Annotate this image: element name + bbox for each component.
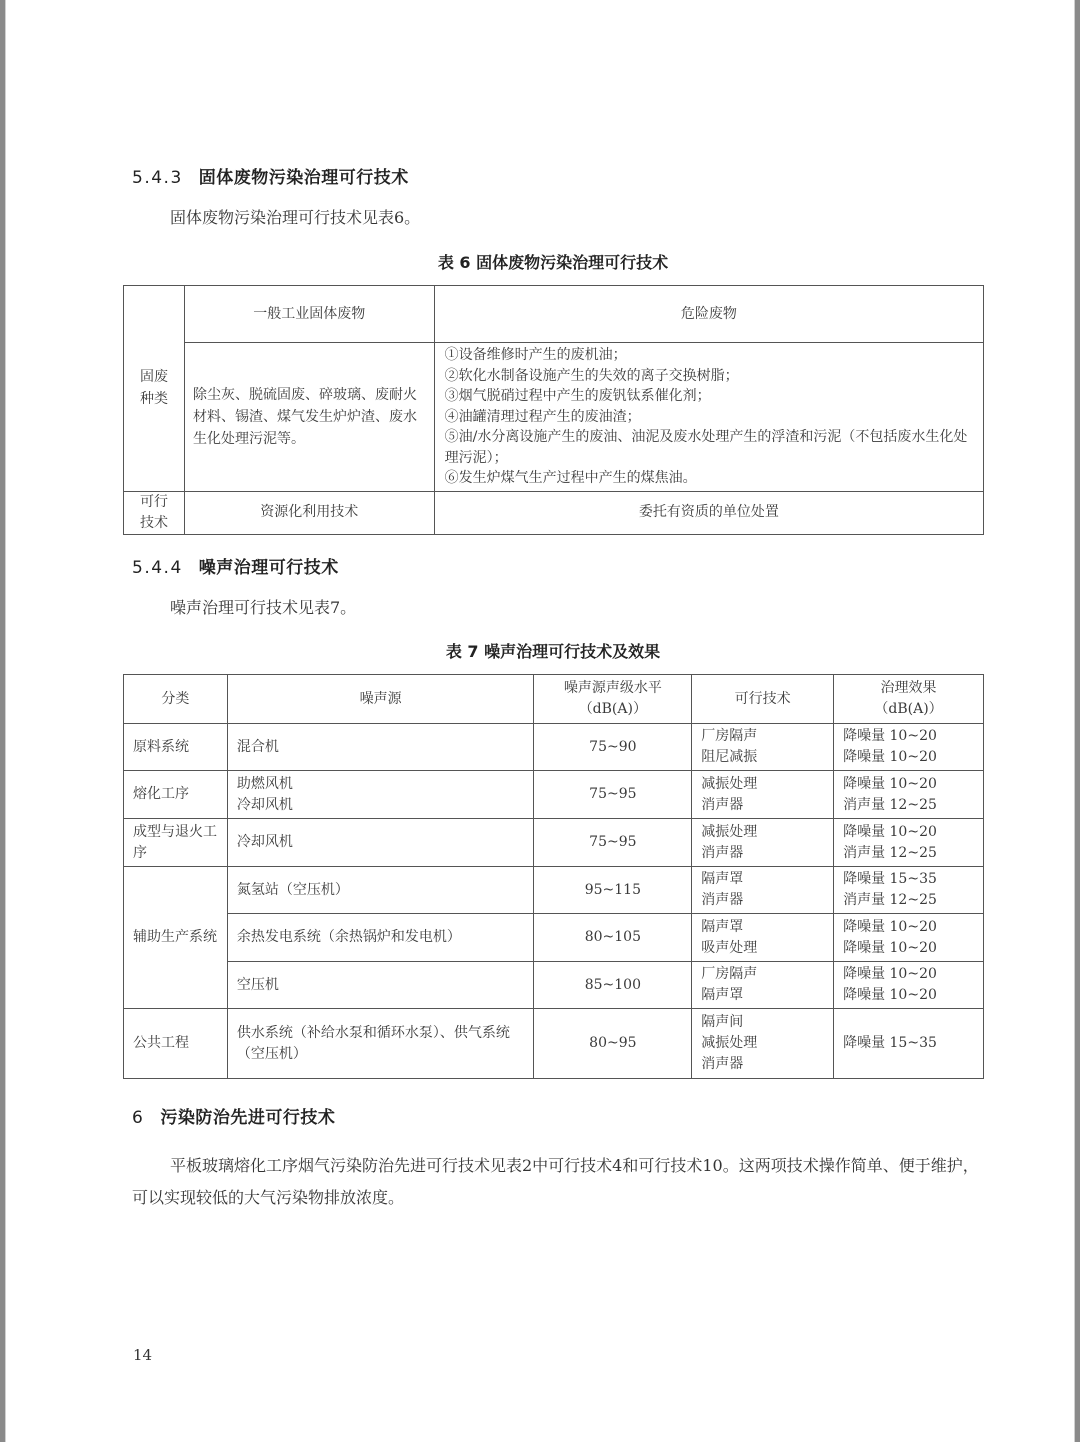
hazardous-item: ②软化水制备设施产生的失效的离子交换树脂； bbox=[445, 366, 973, 387]
general-waste-types: 除尘灰、脱硫固废、碎玻璃、废耐火材料、锡渣、煤气发生炉炉渣、废水生化处理污泥等。 bbox=[184, 343, 434, 492]
hazardous-waste-tech: 委托有资质的单位处置 bbox=[434, 491, 983, 534]
cell-tech: 隔声间 减振处理 消声器 bbox=[692, 1009, 834, 1079]
cell-source: 混合机 bbox=[227, 724, 534, 771]
cell-tech: 隔声罩 吸声处理 bbox=[692, 914, 834, 962]
hazardous-item: ③烟气脱硝过程中产生的废钒钛系催化剂； bbox=[445, 386, 973, 407]
general-waste-tech: 资源化利用技术 bbox=[184, 491, 434, 534]
hazardous-waste-types: ①设备维修时产生的废机油； ②软化水制备设施产生的失效的离子交换树脂； ③烟气脱… bbox=[434, 343, 983, 492]
cell-level: 75~95 bbox=[534, 819, 692, 867]
cell-level: 75~90 bbox=[534, 724, 692, 771]
table-6-solid-waste: 固废种类 一般工业固体废物 危险废物 除尘灰、脱硫固废、碎玻璃、废耐火材料、锡渣… bbox=[123, 285, 984, 535]
table-row: 辅助生产系统 氮氢站（空压机） 95~115 隔声罩 消声器 降噪量 15~35… bbox=[124, 867, 984, 914]
section-title: 污染防治先进可行技术 bbox=[160, 1108, 335, 1128]
section-body-6: 平板玻璃熔化工序烟气污染防治先进可行技术见表2中可行技术4和可行技术10。这两项… bbox=[132, 1150, 982, 1214]
cell-level: 75~95 bbox=[534, 771, 692, 819]
cell-source: 供水系统（补给水泵和循环水泵）、供气系统（空压机） bbox=[227, 1009, 534, 1079]
cell-effect: 降噪量 15~35 bbox=[834, 1009, 984, 1079]
cell-category: 原料系统 bbox=[124, 724, 228, 771]
section-title: 固体废物污染治理可行技术 bbox=[199, 168, 409, 188]
table7-caption: 表 7 噪声治理可行技术及效果 bbox=[0, 639, 1080, 662]
header-feasible-tech: 可行技术 bbox=[692, 675, 834, 724]
cell-effect: 降噪量 15~35 消声量 12~25 bbox=[834, 867, 984, 914]
table6-caption: 表 6 固体废物污染治理可行技术 bbox=[0, 250, 1080, 273]
header-effect: 治理效果 （dB(A)） bbox=[834, 675, 984, 724]
table-row: 成型与退火工序 冷却风机 75~95 减振处理 消声器 降噪量 10~20 消声… bbox=[124, 819, 984, 867]
header-general-waste: 一般工业固体废物 bbox=[184, 286, 434, 343]
cell-tech: 厂房隔声 阻尼减振 bbox=[692, 724, 834, 771]
row-label-feasible-tech: 可行技术 bbox=[124, 491, 185, 534]
table-7-noise: 分类 噪声源 噪声源声级水平 （dB(A)） 可行技术 治理效果 （dB(A)）… bbox=[123, 674, 984, 1079]
cell-tech: 隔声罩 消声器 bbox=[692, 867, 834, 914]
cell-effect: 降噪量 10~20 降噪量 10~20 bbox=[834, 914, 984, 962]
hazardous-item: ⑥发生炉煤气生产过程中产生的煤焦油。 bbox=[445, 468, 973, 489]
cell-category: 辅助生产系统 bbox=[124, 867, 228, 1009]
header-noise-source: 噪声源 bbox=[227, 675, 534, 724]
section-title: 噪声治理可行技术 bbox=[199, 558, 339, 578]
header-noise-level: 噪声源声级水平 （dB(A)） bbox=[534, 675, 692, 724]
row-label-waste-type: 固废种类 bbox=[124, 286, 185, 492]
cell-level: 95~115 bbox=[534, 867, 692, 914]
cell-source: 余热发电系统（余热锅炉和发电机） bbox=[227, 914, 534, 962]
cell-source: 助燃风机 冷却风机 bbox=[227, 771, 534, 819]
cell-tech: 厂房隔声 隔声罩 bbox=[692, 962, 834, 1009]
cell-source: 冷却风机 bbox=[227, 819, 534, 867]
cell-effect: 降噪量 10~20 降噪量 10~20 bbox=[834, 724, 984, 771]
cell-tech: 减振处理 消声器 bbox=[692, 771, 834, 819]
section-heading-6: 6污染防治先进可行技术 bbox=[132, 1103, 335, 1128]
header-category: 分类 bbox=[124, 675, 228, 724]
cell-tech: 减振处理 消声器 bbox=[692, 819, 834, 867]
cell-category: 熔化工序 bbox=[124, 771, 228, 819]
section-number: 5.4.3 bbox=[132, 168, 183, 188]
page-number: 14 bbox=[133, 1346, 152, 1364]
table-row: 可行技术 资源化利用技术 委托有资质的单位处置 bbox=[124, 491, 984, 534]
cell-level: 80~95 bbox=[534, 1009, 692, 1079]
cell-source: 氮氢站（空压机） bbox=[227, 867, 534, 914]
table-row: 余热发电系统（余热锅炉和发电机） 80~105 隔声罩 吸声处理 降噪量 10~… bbox=[124, 914, 984, 962]
section-number: 6 bbox=[132, 1108, 144, 1128]
cell-effect: 降噪量 10~20 消声量 12~25 bbox=[834, 771, 984, 819]
cell-effect: 降噪量 10~20 降噪量 10~20 bbox=[834, 962, 984, 1009]
section-intro-5-4-4: 噪声治理可行技术见表7。 bbox=[132, 592, 982, 624]
table-row: 固废种类 一般工业固体废物 危险废物 bbox=[124, 286, 984, 343]
page-edge-left bbox=[0, 0, 5, 1442]
hazardous-item: ①设备维修时产生的废机油； bbox=[445, 345, 973, 366]
section-number: 5.4.4 bbox=[132, 558, 183, 578]
table-row: 除尘灰、脱硫固废、碎玻璃、废耐火材料、锡渣、煤气发生炉炉渣、废水生化处理污泥等。… bbox=[124, 343, 984, 492]
section-heading-5-4-3: 5.4.3固体废物污染治理可行技术 bbox=[132, 163, 409, 188]
section-intro-5-4-3: 固体废物污染治理可行技术见表6。 bbox=[132, 202, 982, 234]
section-heading-5-4-4: 5.4.4噪声治理可行技术 bbox=[132, 553, 339, 578]
cell-level: 80~105 bbox=[534, 914, 692, 962]
table-row: 空压机 85~100 厂房隔声 隔声罩 降噪量 10~20 降噪量 10~20 bbox=[124, 962, 984, 1009]
cell-source: 空压机 bbox=[227, 962, 534, 1009]
cell-category: 公共工程 bbox=[124, 1009, 228, 1079]
cell-effect: 降噪量 10~20 消声量 12~25 bbox=[834, 819, 984, 867]
hazardous-item: ⑤油/水分离设施产生的废油、油泥及废水处理产生的浮渣和污泥（不包括废水生化处理污… bbox=[445, 427, 973, 468]
page-edge-right bbox=[1075, 0, 1080, 1442]
cell-level: 85~100 bbox=[534, 962, 692, 1009]
table-row: 原料系统 混合机 75~90 厂房隔声 阻尼减振 降噪量 10~20 降噪量 1… bbox=[124, 724, 984, 771]
table-header-row: 分类 噪声源 噪声源声级水平 （dB(A)） 可行技术 治理效果 （dB(A)） bbox=[124, 675, 984, 724]
cell-category: 成型与退火工序 bbox=[124, 819, 228, 867]
table-row: 熔化工序 助燃风机 冷却风机 75~95 减振处理 消声器 降噪量 10~20 … bbox=[124, 771, 984, 819]
table-row: 公共工程 供水系统（补给水泵和循环水泵）、供气系统（空压机） 80~95 隔声间… bbox=[124, 1009, 984, 1079]
hazardous-item: ④油罐清理过程产生的废油渣； bbox=[445, 407, 973, 428]
header-hazardous-waste: 危险废物 bbox=[434, 286, 983, 343]
